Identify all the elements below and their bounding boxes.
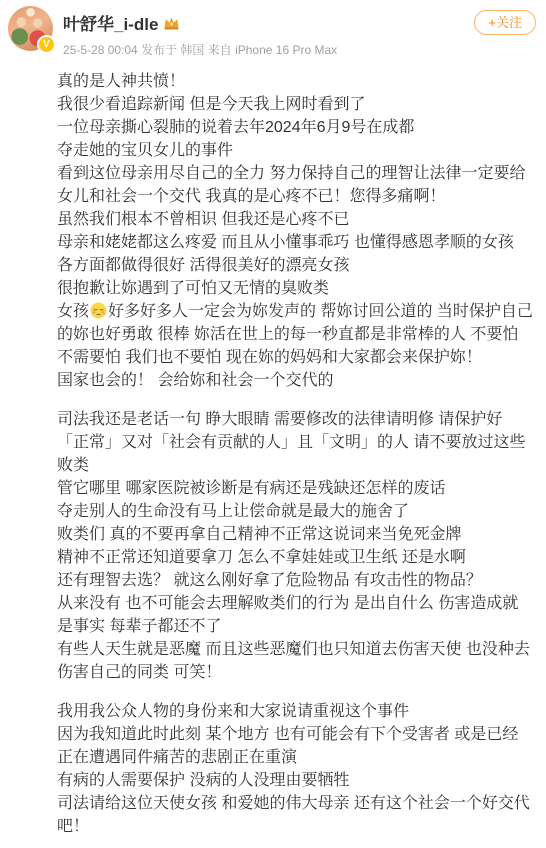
user-info: 叶舒华_i-dle 25-5-28 00:04 发布于 韩国 来自 iPhone…	[63, 6, 474, 58]
text-line: 夺走她的宝贝女儿的事件	[57, 139, 533, 162]
text-line: 有病的人需要保护 没病的人没理由要牺牲	[57, 769, 533, 792]
text-line: 司法我还是老话一句 睁大眼睛 需要修改的法律请明修 请保护好「正常」又对「社会有…	[57, 408, 533, 477]
username-row: 叶舒华_i-dle	[63, 10, 474, 35]
text-segment: 女孩	[57, 303, 89, 320]
vip-crown-icon	[163, 15, 180, 30]
text-line: 败类们 真的不要再拿自己精神不正常这说词来当免死金牌	[57, 523, 533, 546]
avatar[interactable]: V	[8, 6, 53, 51]
text-line: 虽然我们根本不曾相识 但我还是心疼不已	[57, 208, 533, 231]
text-line: 我用我公众人物的身份来和大家说请重视这个事件	[57, 700, 533, 723]
text-line: 还有理智去选？ 就这么刚好拿了危险物品 有攻击性的物品？	[57, 569, 533, 592]
text-line: 管它哪里 哪家医院被诊断是有病还是残缺还怎样的废话	[57, 477, 533, 500]
paragraph-2: 司法我还是老话一句 睁大眼睛 需要修改的法律请明修 请保护好「正常」又对「社会有…	[57, 408, 533, 684]
text-line: 我很少看追踪新闻 但是今天我上网时看到了	[57, 93, 533, 116]
post-timestamp: 25-5-28 00:04	[63, 43, 138, 57]
text-line-with-emoji: 女孩 好多好多人一定会为妳发声的 帮妳讨回公道的 当时保护自己的妳也好勇敢 很棒…	[57, 300, 533, 369]
text-line: 司法请给这位天使女孩 和爱她的伟大母亲 还有这个社会一个好交代吧！	[57, 792, 533, 838]
pensive-face-emoji-icon	[90, 302, 107, 319]
text-line: 有些人天生就是恶魔 而且这些恶魔们也只知道去伤害天使 也没种去伤害自己的同类 可…	[57, 638, 533, 684]
username[interactable]: 叶舒华_i-dle	[63, 10, 158, 35]
post-header: V 叶舒华_i-dle 25-5-28 00:04 发布于 韩国 来自 iPho…	[0, 0, 546, 58]
text-line: 一位母亲撕心裂肺的说着去年2024年6月9号在成都	[57, 116, 533, 139]
text-line: 母亲和姥姥都这么疼爱 而且从小懂事乖巧 也懂得感恩孝顺的女孩 各方面都做得很好 …	[57, 231, 533, 277]
text-line: 因为我知道此时此刻 某个地方 也有可能会有下个受害者 或是已经正在遭遇同件痛苦的…	[57, 723, 533, 769]
post-source: 发布于 韩国 来自 iPhone 16 Pro Max	[141, 43, 337, 57]
text-line: 看到这位母亲用尽自己的全力 努力保持自己的理智让法律一定要给女儿和社会一个交代 …	[57, 162, 533, 208]
post-meta: 25-5-28 00:04 发布于 韩国 来自 iPhone 16 Pro Ma…	[63, 41, 474, 58]
verified-badge-icon: V	[37, 35, 56, 54]
paragraph-1: 真的是人神共愤！ 我很少看追踪新闻 但是今天我上网时看到了 一位母亲撕心裂肺的说…	[57, 70, 533, 392]
post-body: 真的是人神共愤！ 我很少看追踪新闻 但是今天我上网时看到了 一位母亲撕心裂肺的说…	[0, 58, 546, 848]
text-line: 精神不正常还知道要拿刀 怎么不拿娃娃或卫生纸 还是水啊	[57, 546, 533, 569]
text-line: 真的是人神共愤！	[57, 70, 533, 93]
text-line: 国家也会的！ 会给妳和社会一个交代的	[57, 369, 533, 392]
follow-button[interactable]: +关注	[474, 10, 536, 35]
paragraph-3: 我用我公众人物的身份来和大家说请重视这个事件 因为我知道此时此刻 某个地方 也有…	[57, 700, 533, 838]
text-line: 从来没有 也不可能会去理解败类们的行为 是出自什么 伤害造成就是事实 每辈子都还…	[57, 592, 533, 638]
text-line: 夺走别人的生命没有马上让偿命就是最大的施舍了	[57, 500, 533, 523]
text-segment: 好多好多人一定会为妳发声的 帮妳讨回公道的 当时保护自己的妳也好勇敢 很棒 妳活…	[57, 303, 533, 366]
text-line: 很抱歉让妳遇到了可怕又无情的臭败类	[57, 277, 533, 300]
weibo-post-page: V 叶舒华_i-dle 25-5-28 00:04 发布于 韩国 来自 iPho…	[0, 0, 546, 848]
